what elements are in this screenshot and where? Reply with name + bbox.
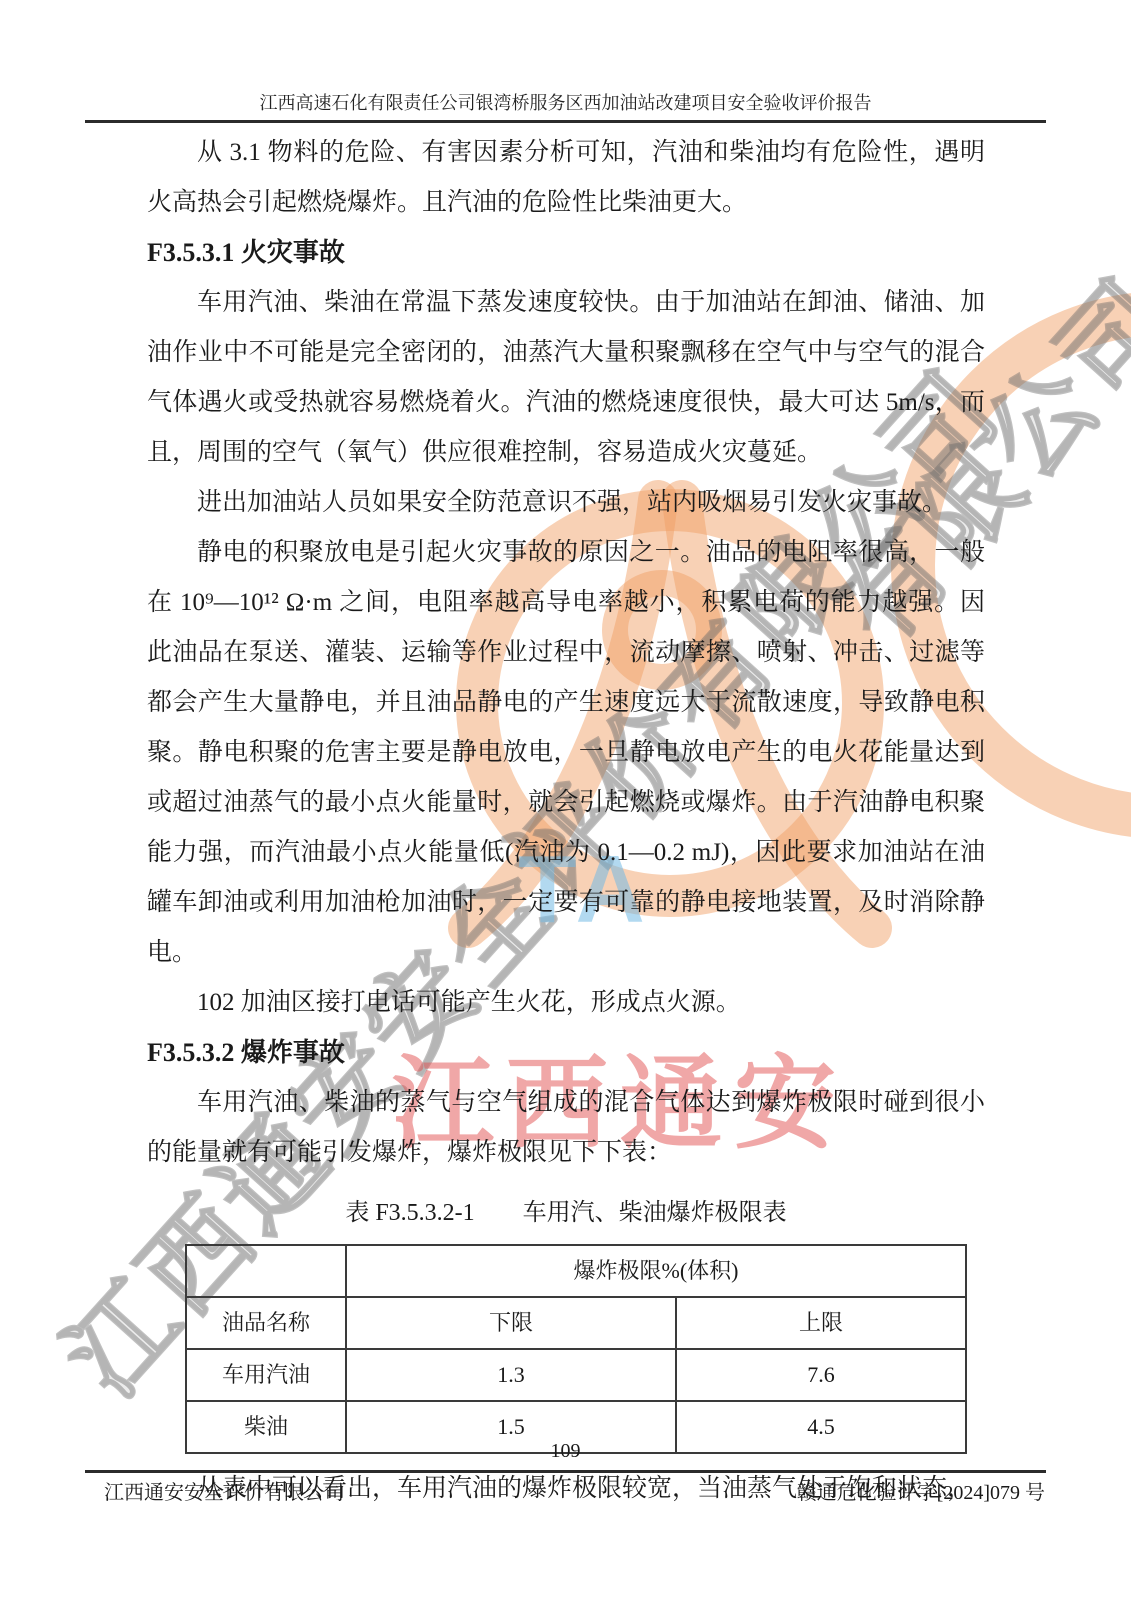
table-row: 油品名称 下限 上限 xyxy=(186,1297,966,1349)
table-cell-header: 上限 xyxy=(676,1297,966,1349)
table-cell-header: 下限 xyxy=(346,1297,676,1349)
document-body: 从 3.1 物料的危险、有害因素分析可知，汽油和柴油均有危险性，遇明火高热会引起… xyxy=(147,128,985,1514)
page-number: 109 xyxy=(0,1440,1131,1463)
report-title: 江西高速石化有限责任公司银湾桥服务区西加油站改建项目安全验收评价报告 xyxy=(85,88,1046,118)
footer-rule xyxy=(85,1470,1046,1473)
explosion-limits-table: 爆炸极限%(体积) 油品名称 下限 上限 车用汽油 1.3 7.6 柴油 1.5… xyxy=(185,1244,967,1454)
paragraph: 静电的积聚放电是引起火灾事故的原因之一。油品的电阻率很高，一般在 10⁹—10¹… xyxy=(147,528,985,978)
page-header: 江西高速石化有限责任公司银湾桥服务区西加油站改建项目安全验收评价报告 xyxy=(85,88,1046,123)
section-heading-fire: F3.5.3.1 火灾事故 xyxy=(147,228,985,278)
table-cell: 1.3 xyxy=(346,1349,676,1401)
paragraph: 进出加油站人员如果安全防范意识不强，站内吸烟易引发火灾事故。 xyxy=(147,478,985,528)
table-cell-span-header: 爆炸极限%(体积) xyxy=(346,1245,966,1297)
paragraph: 车用汽油、柴油在常温下蒸发速度较快。由于加油站在卸油、储油、加油作业中不可能是完… xyxy=(147,278,985,478)
paragraph: 车用汽油、柴油的蒸气与空气组成的混合气体达到爆炸极限时碰到很小的能量就有可能引发… xyxy=(147,1078,985,1178)
table-caption: 表 F3.5.3.2-1 车用汽、柴油爆炸极限表 xyxy=(147,1192,985,1234)
footer-doc-number: 赣通危化验评字[2024]079 号 xyxy=(797,1478,1045,1508)
paragraph: 102 加油区接打电话可能产生火花，形成点火源。 xyxy=(147,978,985,1028)
header-rule xyxy=(85,120,1046,123)
table-cell: 车用汽油 xyxy=(186,1349,346,1401)
table-row: 爆炸极限%(体积) xyxy=(186,1245,966,1297)
table-cell: 7.6 xyxy=(676,1349,966,1401)
footer-company: 江西通安安全评价有限公司 xyxy=(104,1478,344,1508)
section-heading-explosion: F3.5.3.2 爆炸事故 xyxy=(147,1028,985,1078)
intro-paragraph: 从 3.1 物料的危险、有害因素分析可知，汽油和柴油均有危险性，遇明火高热会引起… xyxy=(147,128,985,228)
table-cell-header: 油品名称 xyxy=(186,1297,346,1349)
document-page: 江西通安安全评价有限公司 有限公司 TA 江西通安 江西高速石化有限责任公司银湾… xyxy=(0,0,1131,1600)
table-row: 车用汽油 1.3 7.6 xyxy=(186,1349,966,1401)
table-cell-empty xyxy=(186,1245,346,1297)
